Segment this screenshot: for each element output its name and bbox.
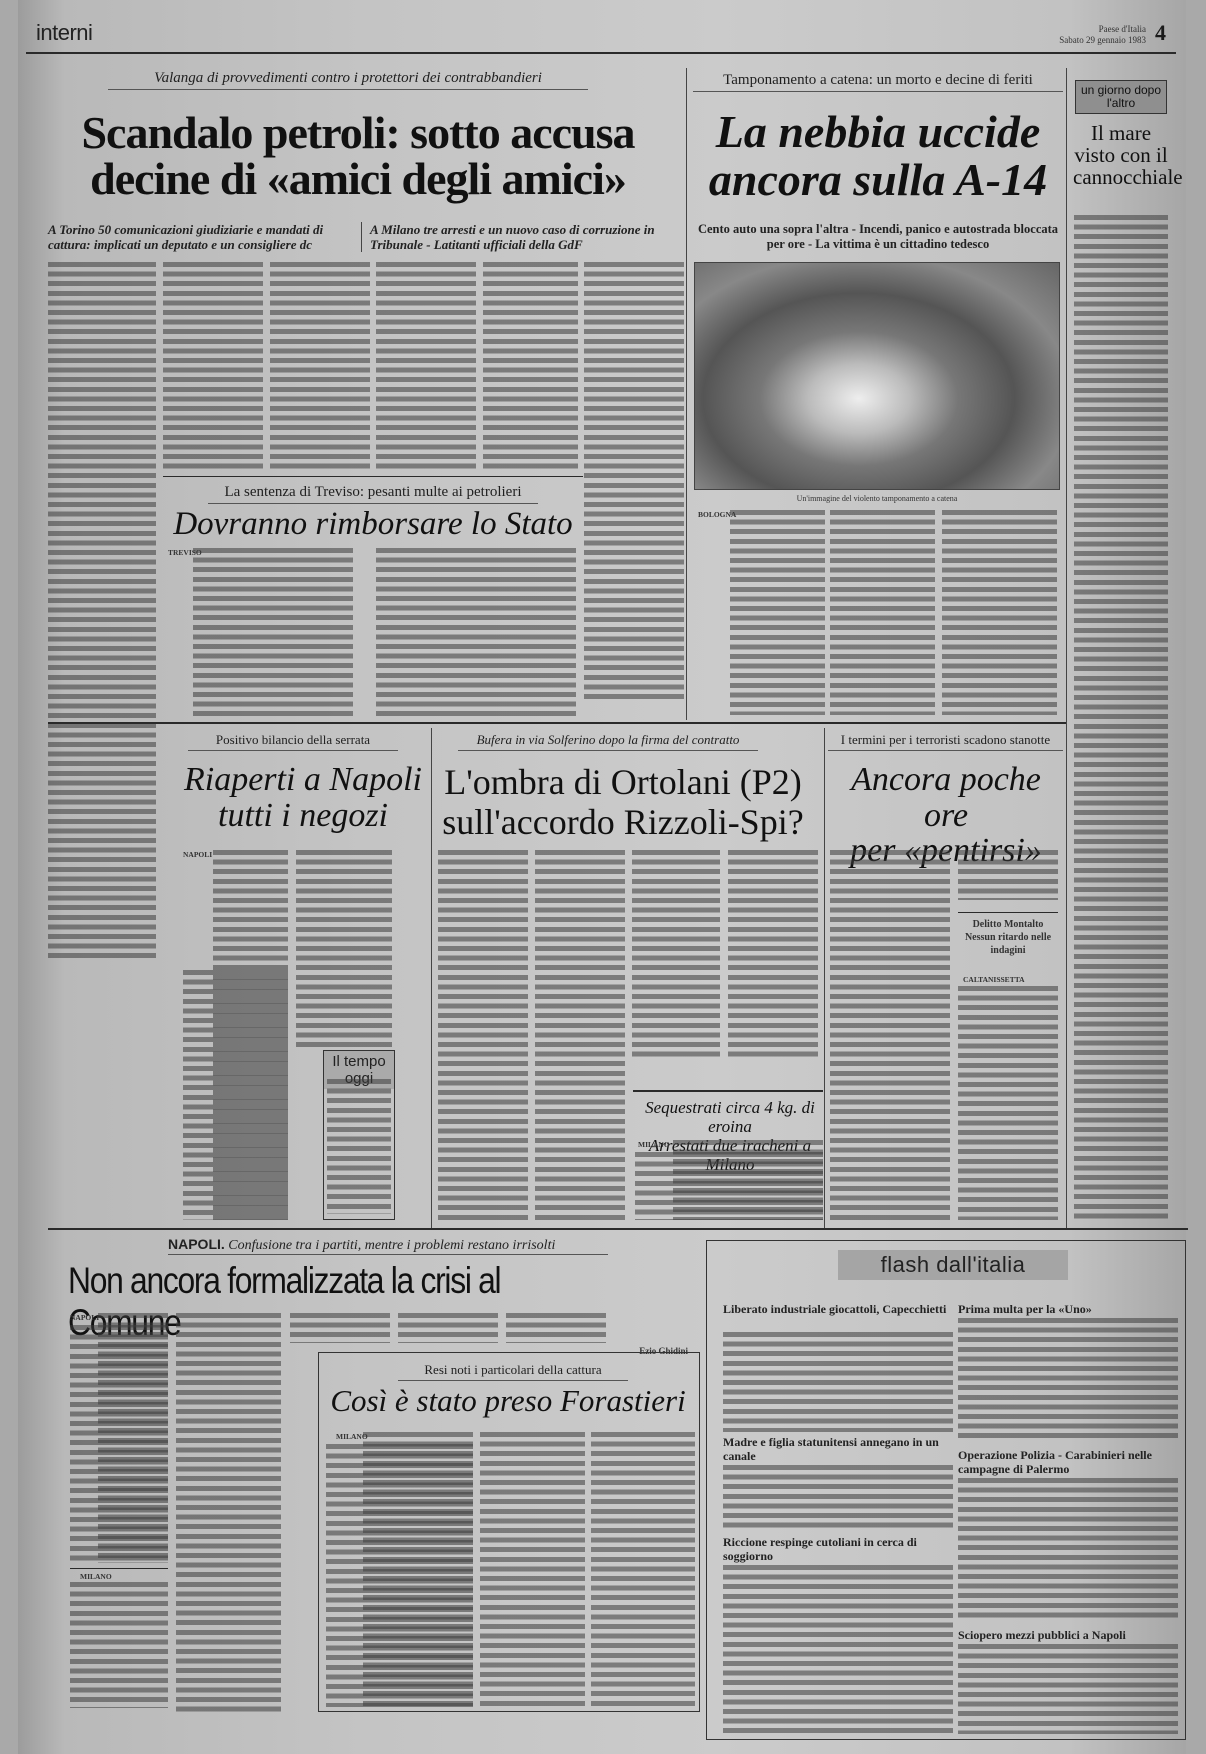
milano-dateline: MILANO xyxy=(80,1572,112,1581)
body-text xyxy=(70,1582,168,1708)
body-text xyxy=(723,1465,953,1531)
body-text xyxy=(535,850,625,1220)
body-text xyxy=(942,510,1057,715)
body-text xyxy=(70,1325,168,1565)
page-number: 4 xyxy=(1155,20,1166,46)
body-text xyxy=(958,1478,1178,1618)
divider xyxy=(48,722,1066,724)
body-text xyxy=(176,1313,281,1713)
forastieri-headline: Così è stato preso Forastieri xyxy=(323,1385,693,1418)
body-text xyxy=(163,262,263,472)
body-text xyxy=(830,850,950,1220)
body-text xyxy=(296,850,392,1050)
flash-item-headline: Madre e figlia statunitensi annegano in … xyxy=(723,1435,953,1463)
negozi-headline-line1: Riaperti a Napoli xyxy=(178,762,428,798)
body-text xyxy=(376,548,576,718)
nebbia-headline-line1: La nebbia uccide xyxy=(693,108,1063,156)
petroli-sub-left: A Torino 50 comunicazioni giudiziarie e … xyxy=(48,222,353,252)
comune-kicker: NAPOLI. Confusione tra i partiti, mentre… xyxy=(168,1236,608,1255)
pentiti-kicker: I termini per i terroristi scadono stano… xyxy=(828,732,1063,751)
negozi-kicker: Positivo bilancio della serrata xyxy=(188,732,398,751)
flash-item-headline: Operazione Polizia - Carabinieri nelle c… xyxy=(958,1448,1178,1476)
body-text xyxy=(958,1644,1178,1734)
column-rule xyxy=(686,68,687,720)
column-rule xyxy=(431,728,432,1228)
treviso-kicker: La sentenza di Treviso: pesanti multe ai… xyxy=(208,484,538,504)
petroli-headline-line2: decine di «amici degli amici» xyxy=(48,156,668,202)
divider xyxy=(70,1568,168,1569)
body-text xyxy=(506,1313,606,1343)
eroina-dateline: MILANO xyxy=(638,1140,670,1149)
body-text xyxy=(270,262,370,472)
body-text xyxy=(326,1444,473,1707)
divider xyxy=(163,476,583,477)
flash-item-headline: Sciopero mezzi pubblici a Napoli xyxy=(958,1628,1178,1642)
ortolani-headline: L'ombra di Ortolani (P2) sull'accordo Ri… xyxy=(433,762,813,842)
body-text xyxy=(728,850,818,1060)
masthead-rule xyxy=(26,52,1176,54)
body-text xyxy=(376,262,476,472)
sidebar-headline: Il mare visto con il cannocchiale xyxy=(1073,122,1169,188)
body-text xyxy=(483,262,578,472)
divider xyxy=(958,912,1058,913)
body-text xyxy=(290,1313,390,1343)
petroli-kicker: Valanga di provvedimenti contro i protet… xyxy=(108,70,588,90)
column-rule xyxy=(824,728,825,1228)
petroli-sub-right: A Milano tre arresti e un nuovo caso di … xyxy=(370,222,680,252)
body-text xyxy=(183,970,288,1220)
divider xyxy=(633,1090,823,1092)
paper-name: Paese d'Italia xyxy=(1059,24,1146,35)
crash-photo xyxy=(694,262,1060,490)
comune-kicker-place: NAPOLI. xyxy=(168,1236,225,1252)
body-text xyxy=(635,1152,823,1220)
body-text xyxy=(591,1432,695,1707)
comune-dateline: NAPOLI xyxy=(70,1313,99,1322)
newspaper-page: interni Paese d'Italia Sabato 29 gennaio… xyxy=(18,0,1186,1754)
flash-item-headline: Riccione respinge cutoliani in cerca di … xyxy=(723,1535,953,1563)
ortolani-kicker: Bufera in via Solferino dopo la firma de… xyxy=(458,732,758,751)
body-text xyxy=(398,1313,498,1343)
body-text xyxy=(830,510,935,715)
photo-caption: Un'immagine del violento tamponamento a … xyxy=(694,494,1060,503)
body-text xyxy=(48,262,156,962)
petroli-headline: Scandalo petroli: sotto accusa decine di… xyxy=(48,110,668,202)
nebbia-subhead: Cento auto una sopra l'altra - Incendi, … xyxy=(693,222,1063,252)
body-text xyxy=(958,1318,1178,1443)
petroli-headline-line1: Scandalo petroli: sotto accusa xyxy=(48,110,668,156)
divider xyxy=(361,222,362,252)
body-text xyxy=(327,1079,391,1214)
body-text xyxy=(958,850,1058,900)
weather-box: Il tempo oggi xyxy=(323,1050,395,1220)
treviso-headline: Dovranno rimborsare lo Stato xyxy=(163,507,583,542)
ortolani-headline-line2: sull'accordo Rizzoli-Spi? xyxy=(433,802,813,842)
section-label: interni xyxy=(36,20,92,46)
nebbia-headline: La nebbia uccide ancora sulla A-14 xyxy=(693,108,1063,205)
body-text xyxy=(1074,215,1168,1220)
nebbia-headline-line2: ancora sulla A-14 xyxy=(693,156,1063,204)
flash-title: flash dall'italia xyxy=(838,1250,1068,1280)
flash-item-headline: Prima multa per la «Uno» xyxy=(958,1302,1178,1316)
body-text xyxy=(480,1432,585,1707)
body-text xyxy=(730,510,825,715)
flash-item-headline: Liberato industriale giocattoli, Capecch… xyxy=(723,1302,953,1316)
montalto-dateline: CALTANISSETTA xyxy=(963,975,1025,984)
body-text xyxy=(958,986,1058,1220)
issue-date: Sabato 29 gennaio 1983 xyxy=(1059,35,1146,46)
ortolani-headline-line1: L'ombra di Ortolani (P2) xyxy=(433,762,813,802)
body-text xyxy=(438,850,528,1220)
column-rule xyxy=(1066,68,1067,1228)
pentiti-headline-line1: Ancora poche ore xyxy=(826,762,1066,833)
negozi-headline: Riaperti a Napoli tutti i negozi xyxy=(178,762,428,833)
column-badge: un giorno dopo l'altro xyxy=(1075,80,1167,114)
body-text xyxy=(193,548,353,718)
negozi-dateline: NAPOLI xyxy=(183,850,212,859)
negozi-headline-line2: tutti i negozi xyxy=(178,798,428,834)
montalto-headline: Delitto Montalto Nessun ritardo nelle in… xyxy=(958,918,1058,957)
body-text xyxy=(723,1565,953,1735)
comune-kicker-text: Confusione tra i partiti, mentre i probl… xyxy=(228,1238,555,1253)
divider xyxy=(48,1228,1188,1230)
forastieri-kicker: Resi noti i particolari della cattura xyxy=(398,1362,628,1381)
body-text xyxy=(584,262,684,702)
body-text xyxy=(723,1332,953,1432)
eroina-headline-line1: Sequestrati circa 4 kg. di eroina xyxy=(630,1098,830,1136)
masthead-meta: Paese d'Italia Sabato 29 gennaio 1983 xyxy=(1059,24,1146,46)
nebbia-kicker: Tamponamento a catena: un morto e decine… xyxy=(693,72,1063,92)
body-text xyxy=(632,850,720,1060)
